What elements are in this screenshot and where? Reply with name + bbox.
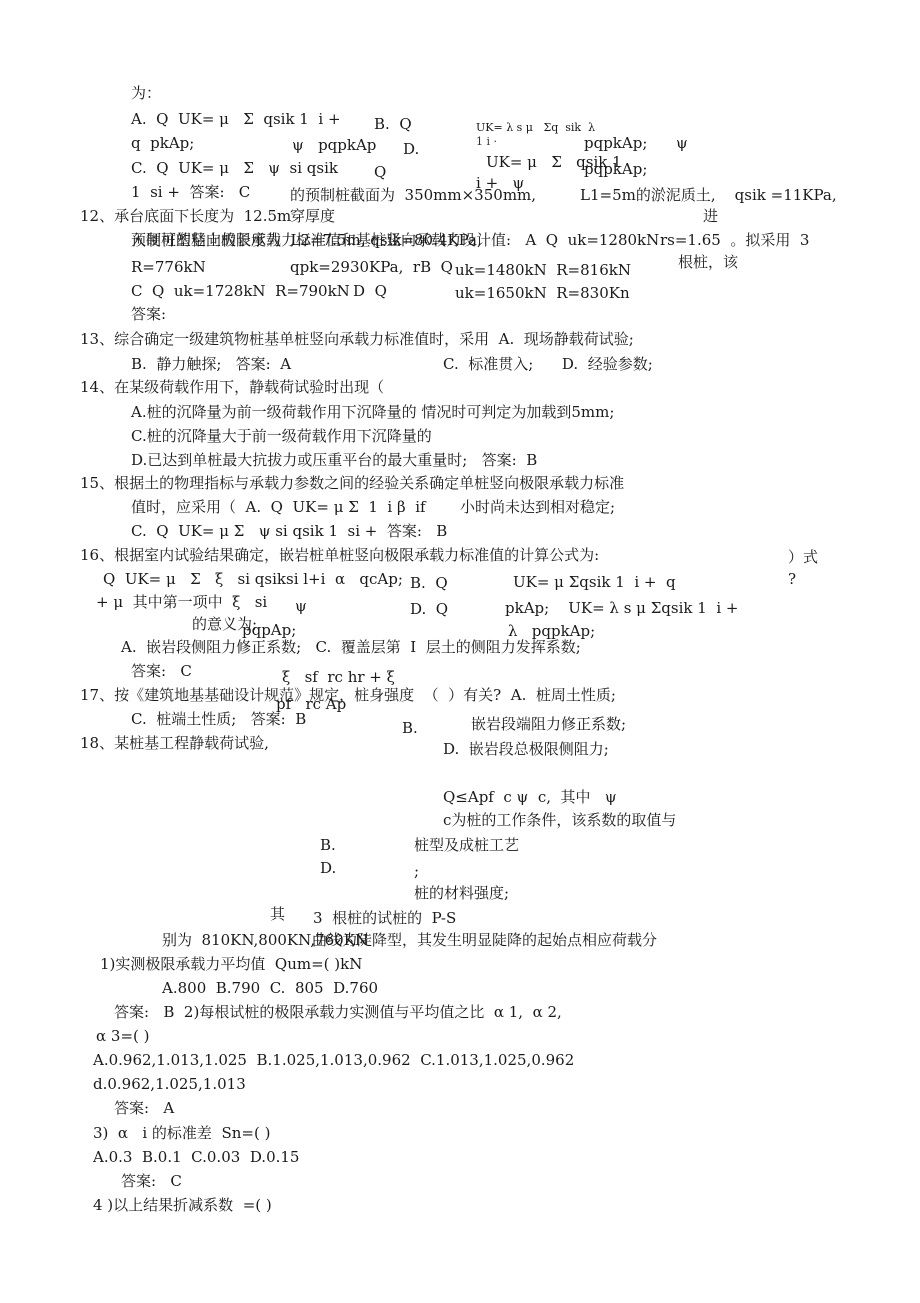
text-line-l32: 13、综合确定一级建筑物桩基单桩竖向承载力标准值时，采用 A. 现场静载荷试验; (80, 330, 634, 348)
text-line-l09: pqpkAp; ψ (584, 134, 688, 152)
text-line-l64: 18、某桩基工程静载荷试验, (80, 734, 269, 752)
text-line-l61: C. 桩端土性质; 答案: B (131, 710, 306, 728)
text-line-l77: 1)实测极限承载力平均值 Qum=( )kN (100, 955, 362, 973)
text-line-l45: Q UK= μ Σ ξ si qsiksi l+i α qcAp; (103, 570, 403, 588)
text-line-l02: A. Q UK= μ Σ qsik 1 i + (131, 110, 341, 128)
text-line-l62: B. (402, 719, 418, 737)
text-line-l65: D. 嵌岩段总极限侧阻力; (443, 740, 609, 758)
text-line-l23: rs=1.65 。拟采用 3 (660, 231, 809, 249)
text-line-l17: L1=5m的淤泥质土, qsik =11KPa, (580, 186, 837, 204)
text-line-l16: 的预制桩截面为 350mm×350mm, (290, 186, 536, 204)
text-line-l50: ψ (295, 597, 307, 615)
text-line-l38: D.已达到单桩最大抗拔力或压重平台的最大重量时; 答案: B (131, 451, 537, 469)
text-line-l08: D. (403, 140, 419, 158)
text-line-l56: A. 嵌岩段侧阻力修正系数; C. 覆盖层第 I 层土的侧阻力发挥系数; (121, 638, 581, 656)
text-line-l54: pqpAp; (242, 621, 296, 639)
text-line-l58: ξ sf rc hr + ξ (282, 668, 395, 686)
text-line-l15: 1 si + 答案: C (131, 183, 250, 201)
text-line-l19: 穿厚度 (290, 207, 335, 225)
text-line-l31: 答案: (131, 305, 166, 323)
text-line-l63: 嵌岩段端阻力修正系数; (471, 715, 626, 733)
text-line-l39: 15、根据土的物理指标与承载力参数之间的经验关系确定单桩竖向极限承载力标准 (80, 474, 624, 492)
text-line-l29: D Q (353, 282, 387, 300)
text-line-l85: A.0.3 B.0.1 C.0.03 D.0.15 (93, 1148, 299, 1166)
text-line-l24: R=776kN (131, 258, 206, 276)
text-line-l66: Q≤Apf c ψ c, 其中 ψ (443, 788, 617, 806)
text-line-l03: B. Q (374, 115, 412, 133)
text-line-l83: 答案: A (114, 1099, 174, 1117)
text-line-l10: C. Q UK= μ Σ ψ si qsik (131, 159, 338, 177)
text-line-l70: D. (320, 859, 336, 877)
text-line-l49: + μ 其中第一项中 ξ si (96, 593, 267, 611)
text-line-l43: 16、根据室内试验结果确定，嵌岩桩单桩竖向极限承载力标准值的计算公式为: (80, 546, 599, 564)
text-line-l73: 其 (270, 905, 285, 923)
text-line-l47: UK= μ Σqsik 1 i + q (513, 573, 676, 591)
text-line-l05: 1 i · (476, 133, 497, 151)
text-line-l33: B. 静力触探; 答案: A (131, 355, 291, 373)
text-line-l48: ? (788, 570, 796, 588)
text-line-l59: 17、按《建筑地基基础设计规范》规定，桩身强度 （ ）有关? A. 桩周土性质; (80, 686, 616, 704)
text-line-l11: Q (374, 163, 386, 181)
text-line-l87: 4 )以上结果折减系数 =( ) (93, 1196, 272, 1214)
text-line-l51: D. Q (410, 600, 448, 618)
text-line-l30: uk=1650kN R=830Kn (455, 284, 630, 302)
text-line-l67: c为桩的工作条件，该系数的取值与 (443, 811, 676, 829)
text-line-l13: pqpkAp; (584, 160, 647, 178)
text-line-l72: 桩的材料强度; (414, 884, 509, 902)
text-line-l28: C Q uk=1728kN R=790kN (131, 282, 350, 300)
text-line-l36: A.桩的沉降量为前一级荷载作用下沉降量的 情况时可判定为加载到5mm; (131, 403, 614, 421)
text-line-l52: pkAp; UK= λ s μ Σqsik 1 i + (505, 599, 738, 617)
text-line-l68: B. (320, 836, 336, 854)
text-line-l35: 14、在某级荷载作用下，静载荷试验时出现（ (80, 378, 384, 396)
text-line-l57: 答案: C (131, 662, 192, 680)
text-line-l74: 3 根桩的试桩的 P-S (313, 909, 456, 927)
text-line-l34: C. 标准贯入; D. 经验参数; (443, 355, 653, 373)
text-line-l37: C.桩的沉降量大于前一级荷载作用下沉降量的 (131, 427, 432, 445)
text-line-l81: A.0.962,1.013,1.025 B.1.025,1.013,0.962 … (93, 1051, 574, 1069)
text-line-l82: d.0.962,1.025,1.013 (93, 1075, 246, 1093)
text-line-l44: ）式 (788, 548, 818, 566)
text-line-l22: 预制桩的竖向极限承载力标准值和基桩竖向承载力设计值: A Q uk=1280kN (131, 231, 659, 249)
text-line-l18: 12、承台底面下长度为 12.5m (80, 207, 291, 225)
text-line-l80: α 3=( ) (96, 1027, 149, 1045)
text-line-l78: A.800 B.790 C. 805 D.760 (162, 979, 378, 997)
text-line-l06: q pkAp; (131, 134, 194, 152)
text-line-l71: ; (414, 862, 419, 880)
text-line-l25: qpk=2930KPa, rB Q (290, 258, 453, 276)
text-line-l79: 答案: B 2)每根试桩的极限承载力实测值与平均值之比 α 1, α 2, (114, 1003, 562, 1021)
text-line-l20: 进 (703, 207, 718, 225)
text-line-l07: ψ pqpkAp (292, 136, 376, 154)
text-line-l46: B. Q (410, 574, 448, 592)
text-line-l27: 根桩，该 (678, 253, 738, 271)
text-line-l26: uk=1480kN R=816kN (455, 261, 631, 279)
text-line-l76: 曲线为陡降型，其发生明显陡降的起始点相应荷载分 (312, 931, 657, 949)
text-line-l86: 答案: C (121, 1172, 182, 1190)
text-line-l84: 3) α i 的标准差 Sn=( ) (93, 1124, 270, 1142)
text-line-l69: 桩型及成桩工艺 (414, 836, 519, 854)
text-line-l41: 小时尚未达到相对稳定; (460, 498, 615, 516)
text-line-l40: 值时，应采用（ A. Q UK= μ Σ 1 i β if (131, 498, 426, 516)
text-line-l42: C. Q UK= μ Σ ψ si qsik 1 si + 答案: B (131, 522, 447, 540)
text-line-l01: 为： (131, 84, 161, 102)
